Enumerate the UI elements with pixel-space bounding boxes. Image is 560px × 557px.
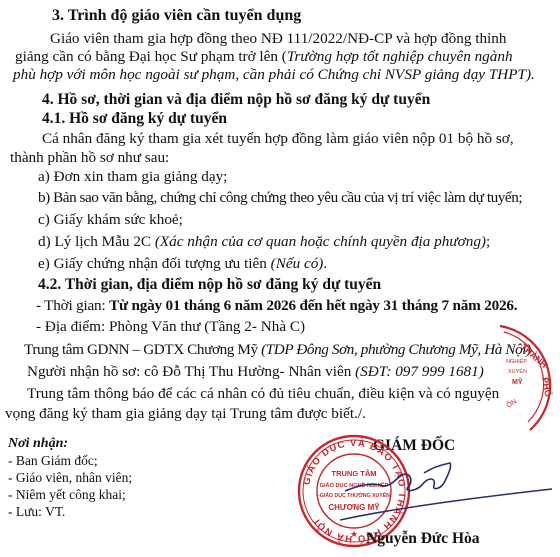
- recipient-item: - Lưu: VT.: [8, 504, 65, 520]
- section-3-heading: 3. Trình độ giáo viên cần tuyển dụng: [52, 7, 301, 25]
- recipient-item: - Giáo viên, nhân viên;: [8, 470, 132, 486]
- receiver-info: Người nhận hồ sơ: cô Đỗ Thị Thu Hường- N…: [27, 363, 484, 381]
- section-4-heading: 4. Hồ sơ, thời gian và địa điểm nộp hồ s…: [42, 91, 430, 109]
- signer-name: Nguyễn Đức Hòa: [366, 530, 480, 548]
- section-3-paragraph-line-1: Giáo viên tham gia hợp đồng theo NĐ 111/…: [50, 30, 506, 48]
- svg-text:★: ★: [350, 529, 358, 539]
- document-item-a: a) Đơn xin tham gia giảng dạy;: [38, 168, 227, 186]
- recipient-item: - Ban Giám đốc;: [8, 453, 98, 469]
- document-item-c: c) Giấy khám sức khoẻ;: [38, 211, 183, 229]
- submission-place: - Địa điểm: Phòng Văn thư (Tầng 2- Nhà C…: [36, 318, 305, 336]
- recipients-heading: Nơi nhận:: [8, 436, 68, 452]
- recipient-item: - Niêm yết công khai;: [8, 487, 126, 503]
- section-4-2-heading: 4.2. Thời gian, địa điểm nộp hồ sơ đăng …: [38, 276, 381, 294]
- section-3-paragraph-line-3: phù hợp với môn học ngoài sư phạm, cần p…: [13, 66, 535, 84]
- closing-line-2: vọng đăng ký tham gia giảng dạy tại Trun…: [5, 405, 366, 423]
- section-4-1-heading: 4.1. Hồ sơ đăng ký dự tuyển: [42, 110, 227, 128]
- svg-text:XUYÊN: XUYÊN: [508, 367, 527, 375]
- svg-text:ỘN: ỘN: [505, 397, 519, 410]
- document-item-b: b) Bản sao văn bằng, chứng chỉ công chứn…: [38, 189, 522, 207]
- svg-text:NGHIỆP: NGHIỆP: [506, 357, 527, 365]
- partial-city-stamp: THÀNH PHỐ NGHIỆP XUYÊN MỸ ỘN: [470, 318, 560, 438]
- center-address: Trung tâm GDNN – GDTX Chương Mỹ (TDP Đôn…: [24, 341, 531, 359]
- handwritten-signature: [340, 455, 555, 525]
- submission-time: - Thời gian: Từ ngày 01 tháng 6 năm 2026…: [36, 297, 517, 315]
- document-item-d: d) Lý lịch Mẫu 2C (Xác nhận của cơ quan …: [38, 233, 490, 251]
- document-item-e: e) Giấy chứng nhận đối tượng ưu tiên (Nế…: [38, 255, 327, 273]
- section-4-1-intro-line-1: Cá nhân đăng ký tham gia xét tuyển hợp đ…: [42, 130, 514, 148]
- section-4-1-intro-line-2: thành phần hồ sơ như sau:: [10, 149, 169, 167]
- section-3-paragraph-line-2: giảng cần có bằng Đại học Sư phạm trở lê…: [15, 48, 513, 66]
- svg-text:MỸ: MỸ: [512, 377, 523, 386]
- closing-line-1: Trung tâm thông báo để các cá nhân có đủ…: [27, 385, 499, 403]
- svg-text:THÀNH: THÀNH: [519, 342, 550, 370]
